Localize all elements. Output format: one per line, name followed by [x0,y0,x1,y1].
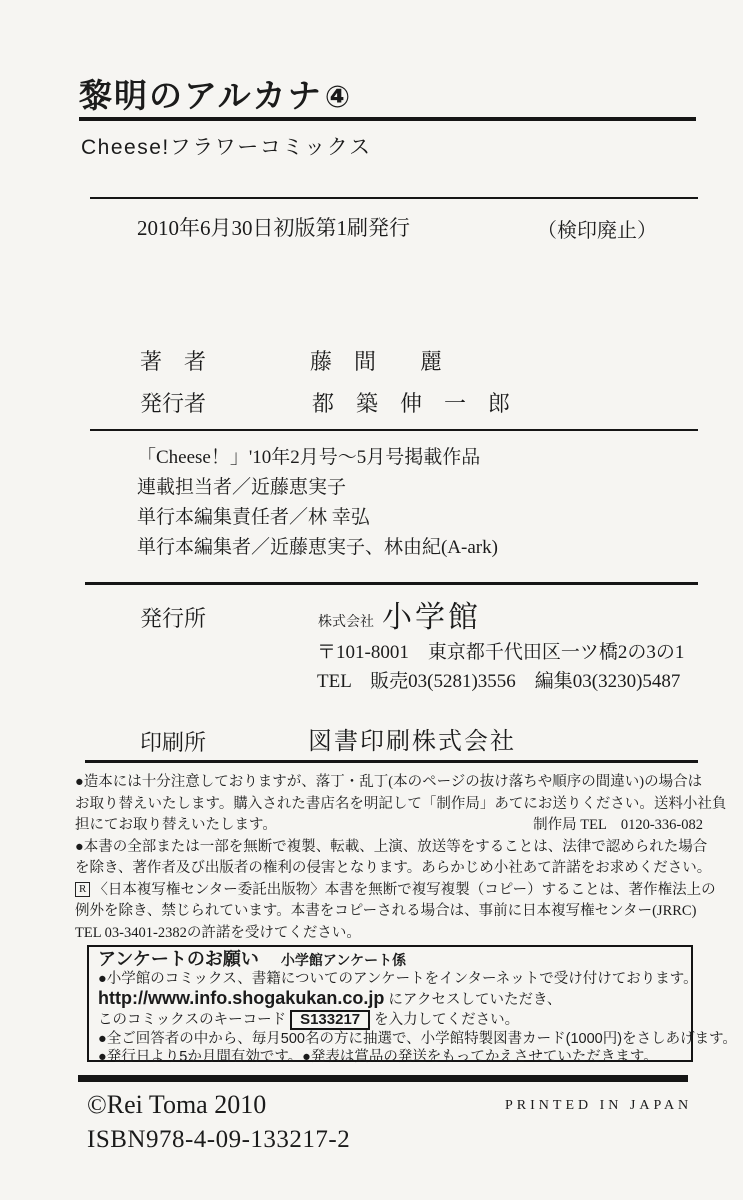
keycode-prefix: このコミックスのキーコード [98,1012,286,1028]
printed-in-japan: PRINTED IN JAPAN [505,1098,692,1114]
legal-line-jrrc: R〈日本複写権センター委託出版物〉本書を無断で複写複製（コピー）することは、著作… [75,880,703,902]
survey-url: http://www.info.shogakukan.co.jp [98,988,384,1008]
survey-heading-row: アンケートのお願い小学館アンケート係 [98,950,682,970]
colophon-page: 黎明のアルカナ④ Cheese!フラワーコミックス 2010年6月30日初版第1… [0,0,743,1200]
survey-line: ●小学館のコミックス、書籍についてのアンケートをインターネットで受け付けておりま… [98,970,682,988]
company-address: 〒101-8001 東京都千代田区一ツ橋2の3の1 [317,637,684,664]
production-dept-contact: 制作局 TEL 0120-336-082 [533,815,703,837]
serialization-line: 連載担当者／近藤恵実子 [137,473,498,503]
legal-line: TEL 03-3401-2382の許諾を受けてください。 [75,923,703,945]
survey-keycode-row: このコミックスのキーコードS133217を入力してください。 [98,1010,682,1030]
author-name: 藤 間 麗 [310,345,442,376]
keycode-suffix: を入力してください。 [374,1012,519,1028]
serialization-line: 単行本編集者／近藤恵実子、林由紀(A-ark) [137,533,498,563]
isbn-line: ISBN978-4-09-133217-2 [87,1126,350,1154]
legal-line: 担にてお取り替えいたします。 [75,815,277,837]
survey-heading: アンケートのお願い [98,949,259,969]
legal-line: ●本書の全部または一部を無断で複製、転載、上演、放送等をすることは、法律で認めら… [75,837,703,859]
legal-line: を除き、著作者及び出版者の権利の侵害となります。あらかじめ小社あて許諾をお求めく… [75,858,703,880]
legal-line-with-contact: 担にてお取り替えいたします。 制作局 TEL 0120-336-082 [75,815,703,837]
author-label: 著 者 [140,345,206,376]
survey-box: アンケートのお願い小学館アンケート係 ●小学館のコミックス、書籍についてのアンケ… [87,945,693,1062]
inspection-note: （検印廃止） [537,214,657,243]
printer-label: 印刷所 [140,726,206,757]
company-name: 小学館 [382,592,481,636]
publisher-name: 都 築 伸 一 郎 [312,387,510,418]
survey-heading-sub: 小学館アンケート係 [281,952,406,968]
imprint-label: Cheese!フラワーコミックス [81,131,372,161]
volume-badge: ④ [325,81,352,114]
title-underline [79,117,696,121]
printer-name: 図書印刷株式会社 [308,721,516,756]
edition-line: 2010年6月30日初版第1刷発行 [137,212,410,242]
legal-notice: ●造本には十分注意しておりますが、落丁・乱丁(本のページの抜け落ちや順序の間違い… [75,772,703,944]
keycode-badge: S133217 [290,1010,370,1030]
divider-publisher-top [85,582,698,585]
legal-line: お取り替えいたします。購入された書店名を明記して「制作局」あてにお送りください。… [75,794,703,816]
divider-credits-bottom [90,429,698,431]
legal-line: ●造本には十分注意しておりますが、落丁・乱丁(本のページの抜け落ちや順序の間違い… [75,772,703,794]
footer-divider-bar [78,1075,688,1082]
survey-line: ●全ご回答者の中から、毎月500名の方に抽選で、小学館特製図書カード(1000円… [98,1030,682,1048]
divider-edition-top [90,197,698,199]
survey-url-row: http://www.info.shogakukan.co.jp にアクセスして… [98,989,682,1010]
divider-printer-bottom [85,760,698,763]
company-phone: TEL 販売03(5281)3556 編集03(3230)5487 [317,666,680,693]
serialization-block: 「Cheese！」'10年2月号～5月号掲載作品 連載担当者／近藤恵実子 単行本… [137,443,498,563]
boxed-r-mark-icon: R [75,882,90,897]
book-title-text: 黎明のアルカナ [79,77,323,114]
survey-line: ●発行日より5か月間有効です。●発表は賞品の発送をもってかえさせていただきます。 [98,1048,682,1066]
legal-line: 例外を除き、禁じられています。本書をコピーされる場合は、事前に日本複写権センター… [75,901,703,923]
book-title: 黎明のアルカナ④ [79,70,352,117]
copyright-line: ©Rei Toma 2010 [87,1090,266,1120]
serialization-line: 単行本編集責任者／林 幸弘 [137,503,498,533]
publishing-house-label: 発行所 [140,602,206,633]
serialization-line: 「Cheese！」'10年2月号～5月号掲載作品 [137,443,498,473]
survey-url-suffix: にアクセスしていただき、 [388,992,561,1008]
legal-line: 〈日本複写権センター委託出版物〉本書を無断で複写複製（コピー）することは、著作権… [93,882,715,898]
company-prefix: 株式会社 [318,611,374,631]
publisher-label: 発行者 [140,387,206,418]
